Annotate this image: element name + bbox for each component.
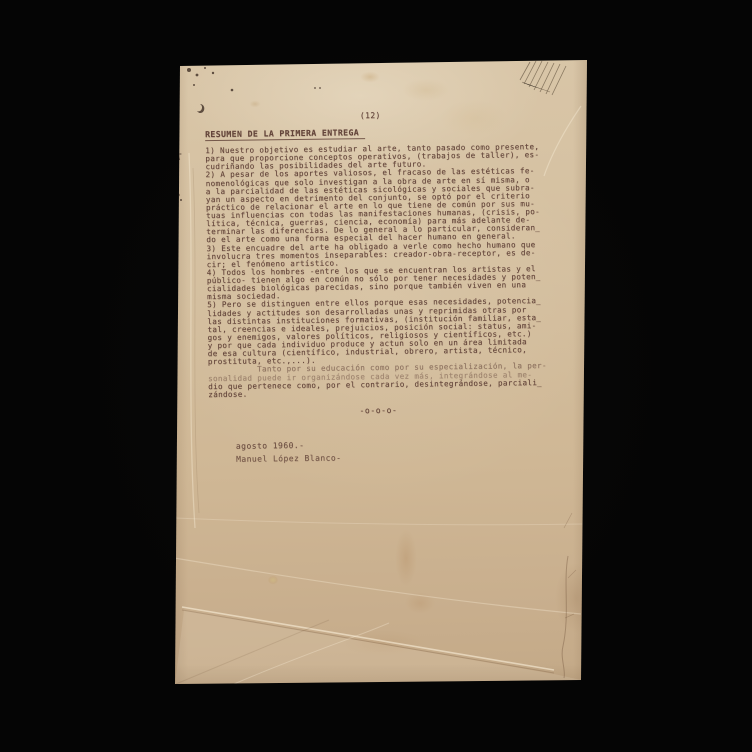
typed-document: (12) RESUMEN DE LA PRIMERA ENTREGA 1) Nu… (173, 53, 596, 686)
section-separator: -o-o-o- (359, 406, 397, 415)
signature-line: Manuel López Blanco- (236, 453, 341, 463)
document-title: RESUMEN DE LA PRIMERA ENTREGA (205, 127, 365, 141)
paragraph: 5) Pero se distinguen entre ellos porque… (207, 297, 560, 366)
document-body: 1) Nuestro objetivo es estudiar al arte,… (205, 143, 560, 399)
paper-sheet: (12) RESUMEN DE LA PRIMERA ENTREGA 1) Nu… (174, 58, 589, 686)
paragraph: 2) A pesar de los aportes valiosos, el f… (206, 167, 559, 244)
photo-background: (12) RESUMEN DE LA PRIMERA ENTREGA 1) Nu… (0, 0, 752, 752)
page-number: (12) (360, 111, 381, 120)
paragraph: Tanto por su educación como por su espec… (208, 362, 560, 399)
date-line: agosto 1960.- (236, 441, 305, 451)
